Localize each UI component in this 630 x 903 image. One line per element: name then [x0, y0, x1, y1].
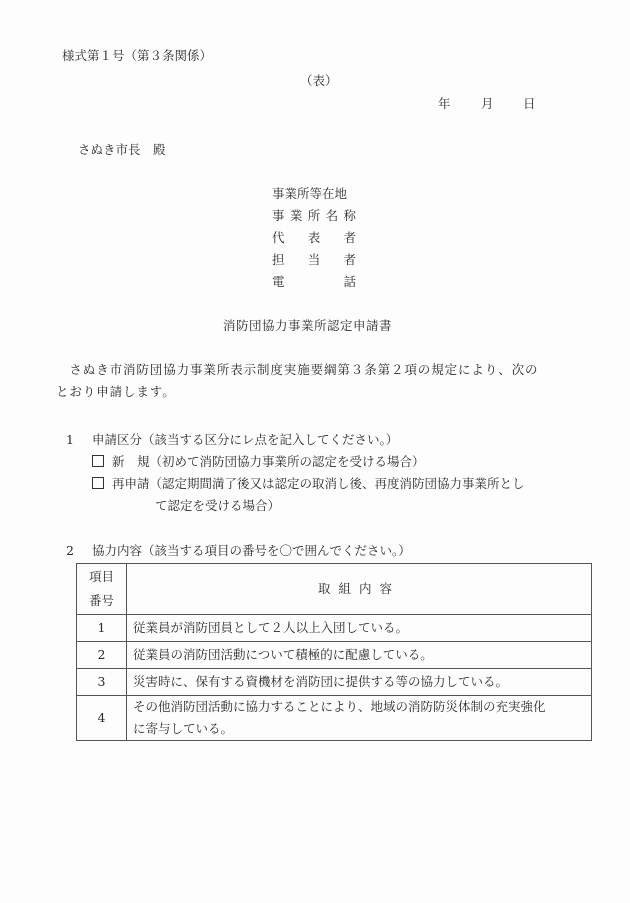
- row-text: 災害時に、保有する資機材を消防団に提供する等の協力している。: [127, 669, 592, 696]
- table-row: 3 災害時に、保有する資機材を消防団に提供する等の協力している。: [77, 669, 592, 696]
- label-location: 事業所等在地: [272, 186, 347, 202]
- label-char: 業: [290, 208, 303, 224]
- intro-line-1: さぬき市消防団協力事業所表示制度実施要綱第３条第２項の規定により、次の: [56, 362, 538, 378]
- side-label: （表）: [300, 73, 338, 89]
- label-char: 称: [343, 208, 356, 224]
- checkbox-new[interactable]: [92, 455, 104, 467]
- header-num-line1: 項目: [83, 565, 120, 589]
- label-char: 所: [308, 208, 321, 224]
- table-row: 4 その他消防団活動に協力することにより、地域の消防防災体制の充実強化 に寄与し…: [77, 696, 592, 741]
- section2-heading: 協力内容（該当する項目の番号を〇で囲んでください。）: [92, 543, 411, 559]
- applicant-field-name: 事 業 所 名 称: [272, 208, 356, 224]
- label-char: 者: [343, 252, 356, 268]
- row-number[interactable]: 2: [77, 642, 127, 669]
- header-num-line2: 番号: [83, 589, 120, 613]
- option-reapply-desc: （認定期間満了後又は認定の取消し後、再度消防団協力事業所とし: [150, 476, 525, 491]
- option-new: 新 規（初めて消防団協力事業所の認定を受ける場合）: [92, 454, 425, 470]
- row-text: 従業員が消防団員として２人以上入団している。: [127, 615, 592, 642]
- label-char: 表: [308, 230, 321, 246]
- table-header-row: 項目 番号 取組内容: [77, 564, 592, 615]
- section2-number: 2: [66, 543, 74, 559]
- section1-heading: 申請区分（該当する区分にレ点を記入してください。）: [92, 432, 398, 448]
- row-number[interactable]: 3: [77, 669, 127, 696]
- option-new-desc: （初めて消防団協力事業所の認定を受ける場合）: [150, 454, 425, 469]
- option-new-label: 新 規: [112, 454, 150, 469]
- date-day: 日: [523, 96, 536, 112]
- date-month: 月: [481, 96, 494, 112]
- option-reapply-desc-cont: て認定を受ける場合）: [155, 498, 280, 514]
- label-char: 事: [272, 208, 285, 224]
- table-row: 2 従業員の消防団活動について積極的に配慮している。: [77, 642, 592, 669]
- row-number[interactable]: 1: [77, 615, 127, 642]
- label-char: 名: [326, 208, 339, 224]
- row-text: その他消防団活動に協力することにより、地域の消防防災体制の充実強化 に寄与してい…: [127, 696, 592, 741]
- label-char: 話: [343, 274, 356, 290]
- applicant-field-contact: 担 当 者: [272, 252, 356, 268]
- header-item-number: 項目 番号: [77, 564, 127, 615]
- header-content: 取組内容: [127, 564, 592, 615]
- checkbox-reapply[interactable]: [92, 477, 104, 489]
- row-text: 従業員の消防団活動について積極的に配慮している。: [127, 642, 592, 669]
- document-title: 消防団協力事業所認定申請書: [223, 318, 392, 334]
- option-reapply: 再申請（認定期間満了後又は認定の取消し後、再度消防団協力事業所とし: [92, 476, 525, 492]
- row-number[interactable]: 4: [77, 696, 127, 741]
- intro-line-2: とおり申請します。: [56, 384, 176, 400]
- date-year: 年: [438, 96, 451, 112]
- applicant-field-representative: 代 表 者: [272, 230, 356, 246]
- row-text-line1: その他消防団活動に協力することにより、地域の消防防災体制の充実強化: [133, 696, 585, 718]
- label-char: 代: [272, 230, 285, 246]
- section1-number: 1: [66, 432, 74, 448]
- row-text-line2: に寄与している。: [133, 718, 585, 740]
- label-char: 者: [343, 230, 356, 246]
- option-reapply-label: 再申請: [112, 476, 150, 491]
- form-number: 様式第１号（第３条関係）: [62, 48, 212, 64]
- table-row: 1 従業員が消防団員として２人以上入団している。: [77, 615, 592, 642]
- applicant-field-location: 事業所等在地: [272, 186, 356, 202]
- addressee: さぬき市長 殿: [78, 142, 166, 158]
- label-char: 当: [308, 252, 321, 268]
- applicant-field-phone: 電 話: [272, 274, 356, 290]
- label-char: 電: [272, 274, 285, 290]
- label-char: 担: [272, 252, 285, 268]
- cooperation-table: 項目 番号 取組内容 1 従業員が消防団員として２人以上入団している。 2 従業…: [76, 563, 592, 741]
